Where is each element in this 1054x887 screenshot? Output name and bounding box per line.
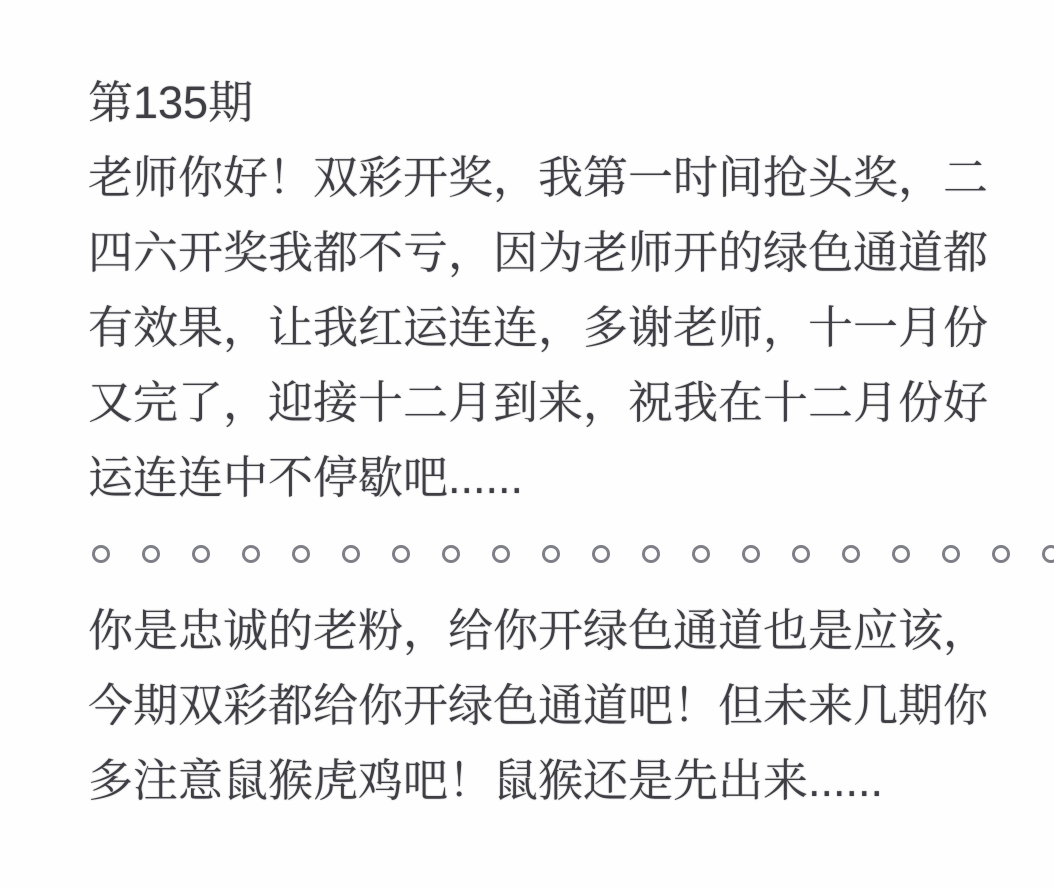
- circle-dot: [542, 545, 560, 563]
- circle-dot: [742, 545, 760, 563]
- circle-dot: [242, 545, 260, 563]
- circle-dot: [1042, 545, 1054, 563]
- issue-number: 第135期: [88, 65, 1000, 140]
- circle-dot: [642, 545, 660, 563]
- circle-dot: [942, 545, 960, 563]
- circle-dot: [192, 545, 210, 563]
- question-line-2: 四六开奖我都不亏，因为老师开的绿色通道都: [88, 215, 1000, 290]
- circle-dot: [992, 545, 1010, 563]
- circle-dot: [142, 545, 160, 563]
- circle-dot: [842, 545, 860, 563]
- circle-dot: [92, 545, 110, 563]
- circle-dot: [442, 545, 460, 563]
- text-post-screenshot: 第135期 老师你好！双彩开奖，我第一时间抢头奖，二 四六开奖我都不亏，因为老师…: [0, 0, 1054, 887]
- question-line-5: 运连连中不停歇吧......: [88, 440, 1000, 515]
- circle-separator-row: [88, 515, 1000, 593]
- question-line-3: 有效果，让我红运连连，多谢老师，十一月份: [88, 290, 1000, 365]
- circle-dot: [692, 545, 710, 563]
- circle-dot: [342, 545, 360, 563]
- post-content: 第135期 老师你好！双彩开奖，我第一时间抢头奖，二 四六开奖我都不亏，因为老师…: [88, 65, 1000, 818]
- answer-line-2: 今期双彩都给你开绿色通道吧！但未来几期你: [88, 668, 1000, 743]
- circle-dot: [892, 545, 910, 563]
- answer-line-3: 多注意鼠猴虎鸡吧！鼠猴还是先出来......: [88, 743, 1000, 818]
- answer-line-1: 你是忠诚的老粉，给你开绿色通道也是应该，: [88, 593, 1000, 668]
- circle-dot: [792, 545, 810, 563]
- question-line-1: 老师你好！双彩开奖，我第一时间抢头奖，二: [88, 140, 1000, 215]
- circle-dot: [392, 545, 410, 563]
- question-line-4: 又完了，迎接十二月到来，祝我在十二月份好: [88, 365, 1000, 440]
- circle-dot: [292, 545, 310, 563]
- circle-dot: [492, 545, 510, 563]
- circle-dot: [592, 545, 610, 563]
